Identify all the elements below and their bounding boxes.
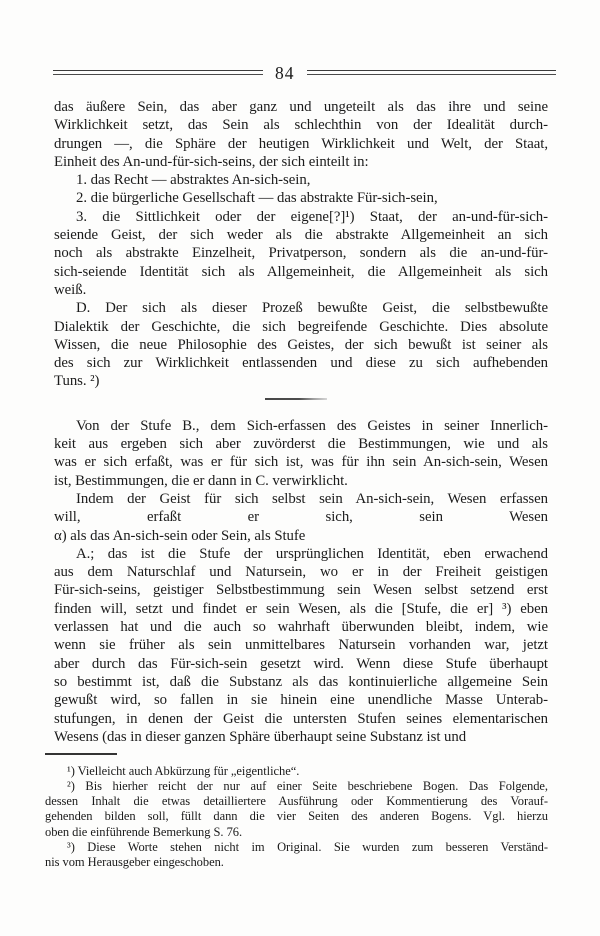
text-line: verlassen hat und die auch so wahrhaft ü… [54, 618, 548, 636]
list-item-1: 1. das Recht — abstraktes An-sich-sein, [54, 171, 548, 189]
text-line: oben die einführende Bemerkung S. 76. [45, 825, 548, 840]
text-line: was er sich erfaßt, was er für sich ist,… [54, 453, 548, 471]
header-rule-right [307, 70, 557, 75]
paragraph-indem: Indem der Geist für sich selbst sein An-… [54, 490, 548, 545]
page-header: 84 [0, 0, 600, 81]
page-number: 84 [275, 65, 295, 82]
text-line: drungen —, die Sphäre der heutigen Wirkl… [54, 135, 548, 153]
text-line: keit aus ergeben sich aber zuvörderst di… [54, 435, 548, 453]
text-line: des sich zur Wirklichkeit entlassenden u… [54, 354, 548, 372]
text-line: dessen Inhalt die etwas detailliertere A… [45, 794, 548, 809]
header-rule-left [53, 70, 263, 75]
text-line: Für-sich-seins, geistiger Selbstbestimmu… [54, 581, 548, 599]
text-line: Indem der Geist für sich selbst sein An-… [54, 490, 548, 508]
paragraph-von-der-stufe: Von der Stufe B., dem Sich-erfassen des … [54, 417, 548, 490]
text-line: Dialektik der Geschichte, die sich begre… [54, 318, 548, 336]
text-line: Von der Stufe B., dem Sich-erfassen des … [54, 417, 548, 435]
text-line: α) als das An-sich-sein oder Sein, als S… [54, 527, 548, 545]
text-line: weiß. [54, 281, 548, 299]
text-line: wenn sie früher als sein unmittelbares N… [54, 636, 548, 654]
text-line: D. Der sich als dieser Prozeß bewußte Ge… [54, 299, 548, 317]
text-line: ¹) Vielleicht auch Abkürzung für „eigent… [45, 764, 548, 779]
text-line: gehenden bilden soll, füllt dann die vie… [45, 809, 548, 824]
section-separator-rule [265, 398, 327, 400]
main-text-section-1: das äußere Sein, das aber ganz und unget… [54, 98, 548, 391]
text-line: noch als abstrakte Einzelheit, Privatper… [54, 244, 548, 262]
paragraph-d: D. Der sich als dieser Prozeß bewußte Ge… [54, 299, 548, 390]
footnote-separator-rule [45, 753, 117, 755]
text-line: seiende Geist, der sich weder als die ab… [54, 226, 548, 244]
book-page: 84 das äußere Sein, das aber ganz und un… [0, 0, 600, 936]
text-line: ²) Bis hierher reicht der nur auf einer … [45, 779, 548, 794]
footnote-1: ¹) Vielleicht auch Abkürzung für „eigent… [45, 764, 548, 779]
text-line: Einheit des An-und-für-sich-seins, der s… [54, 153, 548, 171]
text-line: will, erfaßt er sich, sein Wesen [54, 508, 548, 526]
footnotes-block: ¹) Vielleicht auch Abkürzung für „eigent… [45, 764, 548, 870]
list-item-3: 3. die Sittlichkeit oder der eigene[?]¹)… [54, 208, 548, 299]
paragraph-a: A.; das ist die Stufe der ursprünglichen… [54, 545, 548, 746]
text-line: ³) Diese Worte stehen nicht im Original.… [45, 840, 548, 855]
footnote-3: ³) Diese Worte stehen nicht im Original.… [45, 840, 548, 870]
text-line: sich-seiende Identität sich als Allgemei… [54, 263, 548, 281]
text-line: nis vom Herausgeber eingeschoben. [45, 855, 548, 870]
text-line: 1. das Recht — abstraktes An-sich-sein, [54, 171, 548, 189]
text-line: Wesens (das in dieser ganzen Sphäre über… [54, 728, 548, 746]
text-line: so bestimmt ist, daß die Substanz als da… [54, 673, 548, 691]
text-line: Wissen, die neue Philosophie des Geistes… [54, 336, 548, 354]
text-line: aber durch das Für-sich-sein gesetzt wir… [54, 655, 548, 673]
text-line: 2. die bürgerliche Gesellschaft — das ab… [54, 189, 548, 207]
text-line: aus dem Naturschlaf und Natursein, wo er… [54, 563, 548, 581]
text-line: finden will, setzt und findet er sein We… [54, 600, 548, 618]
paragraph-continuation: das äußere Sein, das aber ganz und unget… [54, 98, 548, 171]
text-line: gewußt wird, so fallen in sie hinein ein… [54, 691, 548, 709]
text-line: A.; das ist die Stufe der ursprünglichen… [54, 545, 548, 563]
text-line: stufungen, in denen der Geist die unters… [54, 710, 548, 728]
text-line: Wirklichkeit setzt, das Sein als schlech… [54, 116, 548, 134]
list-item-2: 2. die bürgerliche Gesellschaft — das ab… [54, 189, 548, 207]
text-line: das äußere Sein, das aber ganz und unget… [54, 98, 548, 116]
footnote-2: ²) Bis hierher reicht der nur auf einer … [45, 779, 548, 840]
text-line: 3. die Sittlichkeit oder der eigene[?]¹)… [54, 208, 548, 226]
text-line: ist, Bestimmungen, die er dann in C. ver… [54, 472, 548, 490]
text-line: Tuns. ²) [54, 372, 548, 390]
main-text-section-2: Von der Stufe B., dem Sich-erfassen des … [54, 417, 548, 746]
